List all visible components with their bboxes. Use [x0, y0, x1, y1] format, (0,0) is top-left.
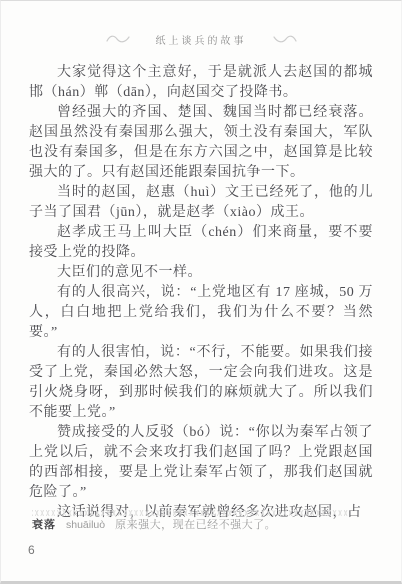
paragraph: 有的人很害怕，说：“不行，不能要。如果我们接受了上党，秦国必然大怒，一定会向我们…	[29, 343, 373, 423]
paragraph: 大家觉得这个主意好，于是就派人去赵国的都城邯（hán）郸（dān），向赵国交了投…	[29, 63, 373, 103]
book-page: 纸上谈兵的故事 大家觉得这个主意好，于是就派人去赵国的都城邯（hán）郸（dān…	[0, 0, 402, 584]
footnote-pinyin: shuāiluò	[66, 518, 105, 533]
wave-ornament-left-icon	[106, 34, 130, 44]
paragraph: 当时的赵国，赵惠（huì）文王已经死了，他的儿子当了国君（jūn），就是赵孝（x…	[29, 183, 373, 223]
footnote: 衰落 shuāiluò 原来强大，现在已经不强大了。	[32, 518, 371, 533]
paragraph: 曾经强大的齐国、楚国、魏国当时都已经衰落。赵国虽然没有秦国那么强大，领土没有秦国…	[29, 103, 373, 183]
paragraph: 赵孝成王马上叫大臣（chén）们来商量，要不要接受上党的投降。	[29, 223, 373, 263]
wave-ornament-right-icon	[273, 34, 297, 44]
footnote-divider	[32, 510, 349, 516]
running-head: 纸上谈兵的故事	[1, 32, 401, 46]
footnote-definition: 原来强大，现在已经不强大了。	[115, 518, 276, 533]
paragraph: 有的人很高兴，说：“上党地区有 17 座城，50 万人，白白地把上党给我们，我们…	[29, 283, 373, 343]
footnote-term: 衰落	[32, 518, 56, 533]
paragraph: 赞成接受的人反驳（bó）说：“你以为秦军占领了上党以后，就不会来攻打我们赵国了吗…	[29, 423, 373, 503]
page-number: 6	[28, 543, 35, 557]
chapter-title: 纸上谈兵的故事	[156, 32, 247, 47]
story-text: 大家觉得这个主意好，于是就派人去赵国的都城邯（hán）郸（dān），向赵国交了投…	[29, 63, 373, 523]
paragraph: 大臣们的意见不一样。	[29, 263, 373, 283]
